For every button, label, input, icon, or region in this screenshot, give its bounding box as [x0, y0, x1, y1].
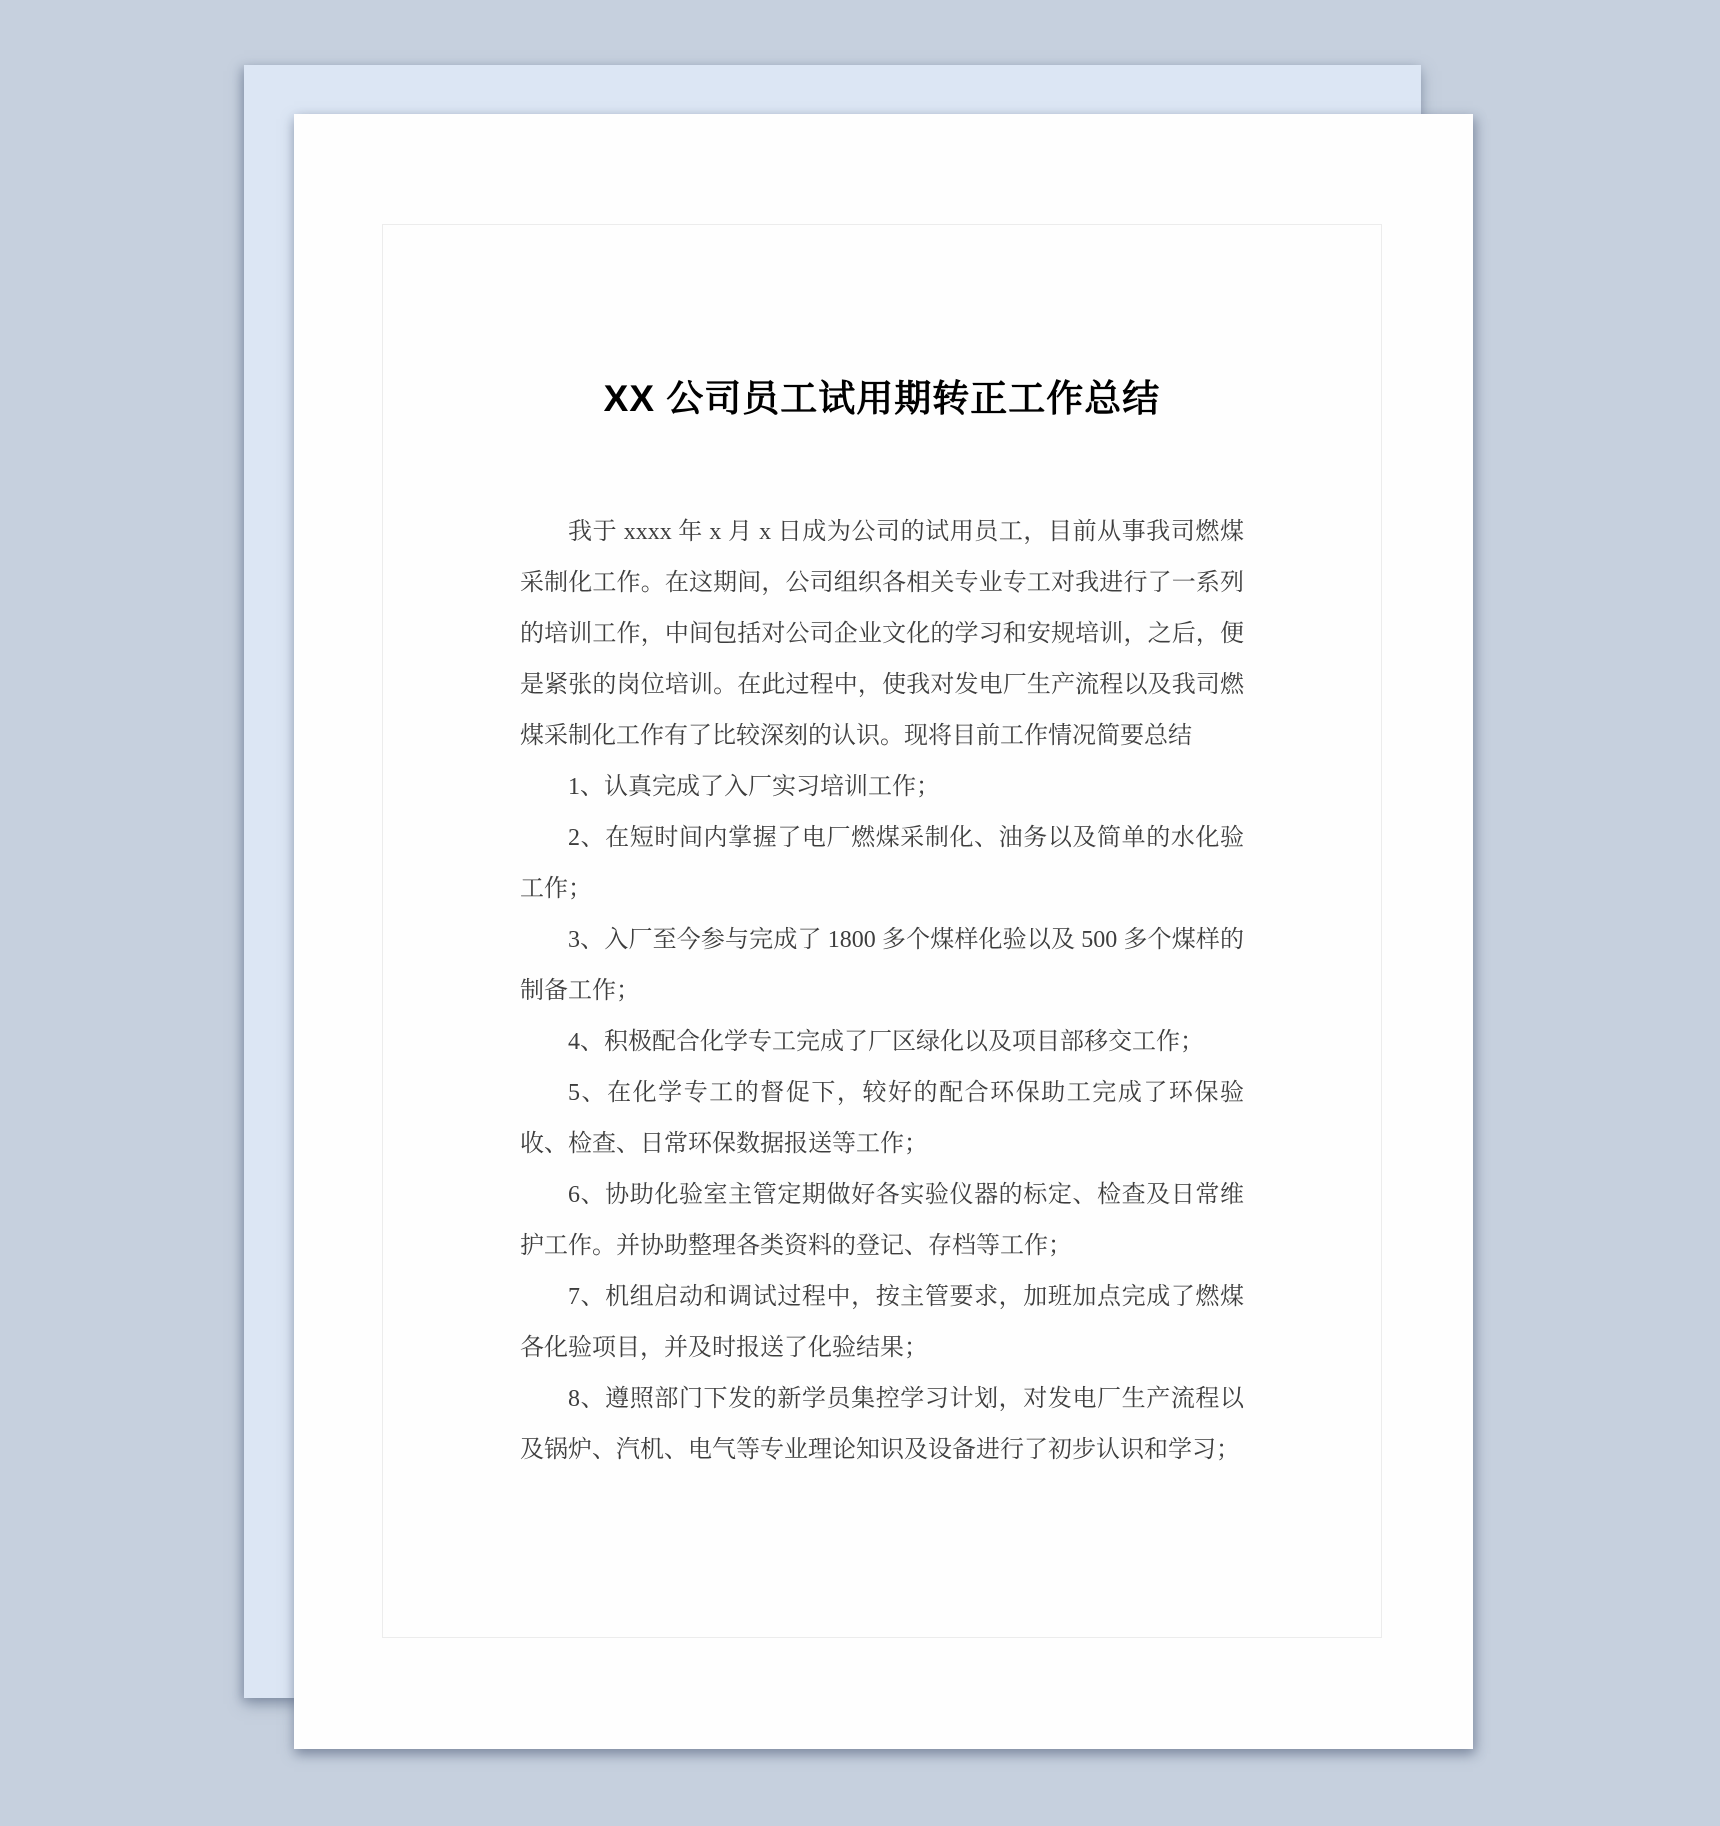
- content-frame: XX 公司员工试用期转正工作总结 我于 xxxx 年 x 月 x 日成为公司的试…: [382, 224, 1382, 1638]
- document-body: 我于 xxxx 年 x 月 x 日成为公司的试用员工，目前从事我司燃煤采制化工作…: [520, 507, 1244, 1476]
- paragraph: 5、在化学专工的督促下，较好的配合环保助工完成了环保验收、检查、日常环保数据报送…: [520, 1068, 1244, 1170]
- paragraph: 1、认真完成了入厂实习培训工作；: [520, 762, 1244, 813]
- paragraph: 3、入厂至今参与完成了 1800 多个煤样化验以及 500 多个煤样的制备工作；: [520, 915, 1244, 1017]
- paragraph: 4、积极配合化学专工完成了厂区绿化以及项目部移交工作；: [520, 1017, 1244, 1068]
- paragraph: 7、机组启动和调试过程中，按主管要求，加班加点完成了燃煤各化验项目，并及时报送了…: [520, 1272, 1244, 1374]
- paragraph: 2、在短时间内掌握了电厂燃煤采制化、油务以及简单的水化验工作；: [520, 813, 1244, 915]
- canvas-background: { "document": { "title": "XX 公司员工试用期转正工作…: [0, 0, 1720, 1826]
- paragraph: 8、遵照部门下发的新学员集控学习计划，对发电厂生产流程以及锅炉、汽机、电气等专业…: [520, 1374, 1244, 1476]
- document-title: XX 公司员工试用期转正工作总结: [520, 377, 1244, 421]
- document-page: XX 公司员工试用期转正工作总结 我于 xxxx 年 x 月 x 日成为公司的试…: [294, 114, 1473, 1749]
- paragraph: 6、协助化验室主管定期做好各实验仪器的标定、检查及日常维护工作。并协助整理各类资…: [520, 1170, 1244, 1272]
- preview-canvas: XX 公司员工试用期转正工作总结 我于 xxxx 年 x 月 x 日成为公司的试…: [0, 0, 1720, 1826]
- paragraph: 我于 xxxx 年 x 月 x 日成为公司的试用员工，目前从事我司燃煤采制化工作…: [520, 507, 1244, 762]
